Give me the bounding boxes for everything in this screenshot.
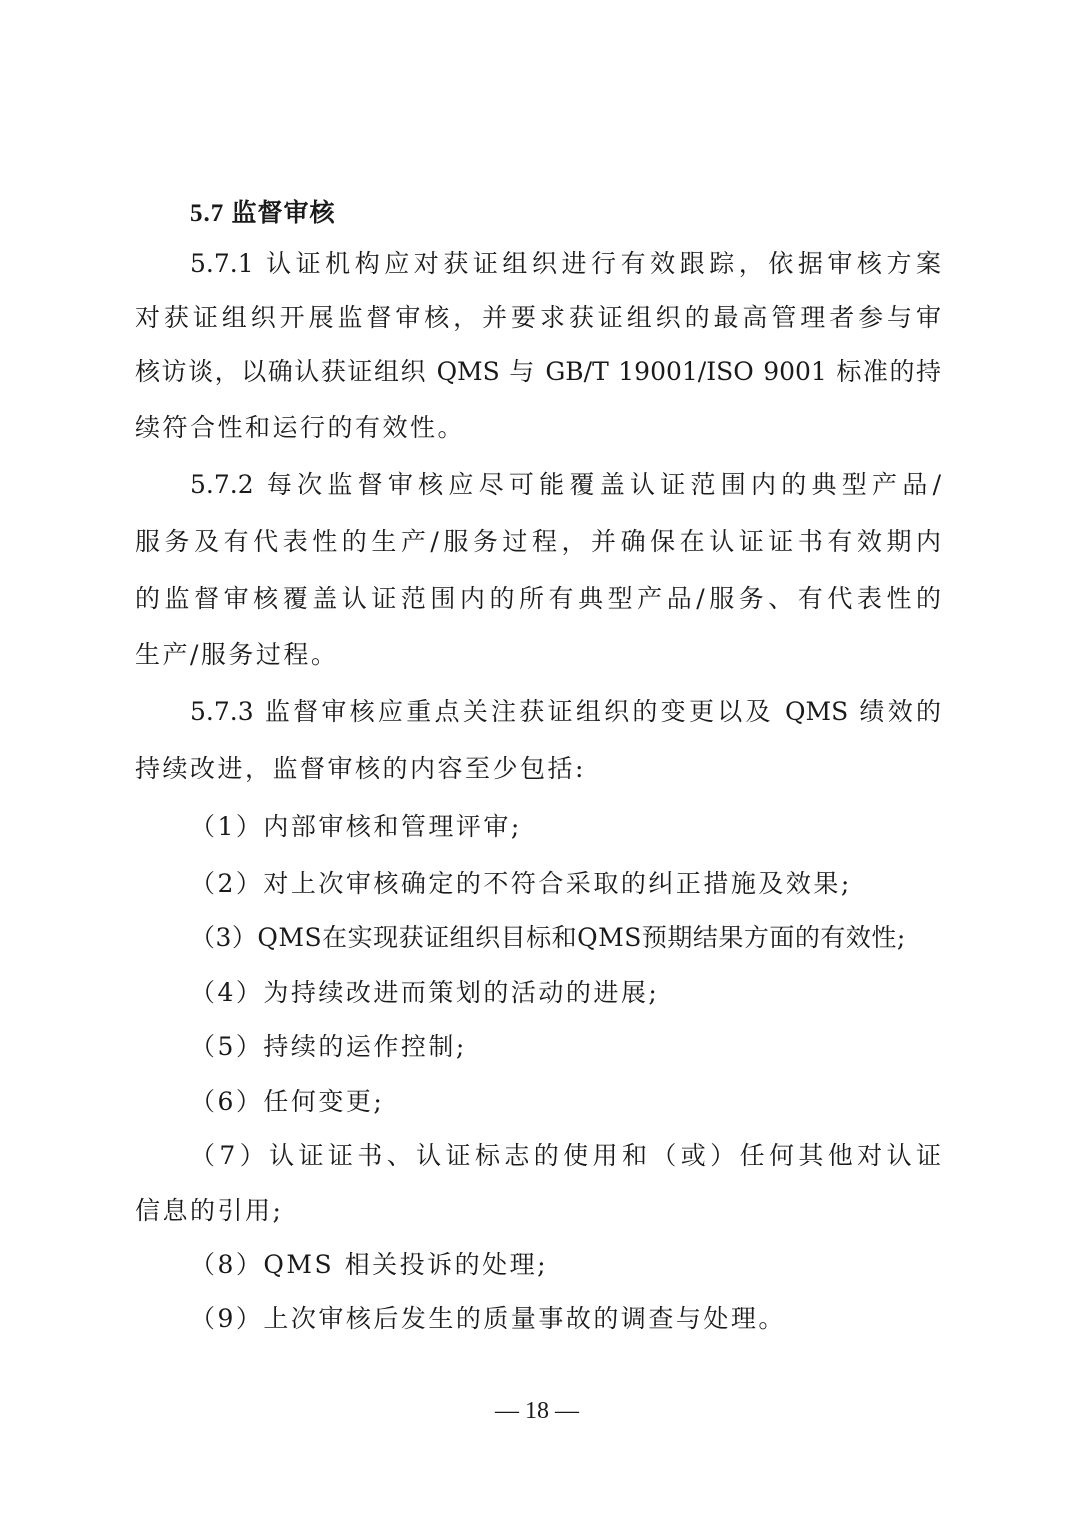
paragraph-5-7-2-line-4: 生产/服务过程。 — [135, 628, 338, 682]
page-number: — 18 — — [0, 1398, 1074, 1425]
list-item-6: （6）任何变更; — [190, 1075, 384, 1129]
list-item-5: （5）持续的运作控制; — [190, 1020, 467, 1074]
list-item-8: （8）QMS 相关投诉的处理; — [190, 1238, 548, 1292]
paragraph-5-7-1-line-4: 续符合性和运行的有效性。 — [135, 401, 465, 455]
paragraph-5-7-2-line-2: 服务及有代表性的生产/服务过程，并确保在认证证书有效期内 — [135, 515, 941, 569]
paragraph-5-7-3-line-1: 5.7.3 监督审核应重点关注获证组织的变更以及 QMS 绩效的 — [190, 685, 941, 739]
section-heading: 5.7 监督审核 — [190, 193, 336, 229]
paragraph-5-7-1-line-2: 对获证组织开展监督审核，并要求获证组织的最高管理者参与审 — [135, 291, 941, 345]
list-item-7-line-1: （7）认证证书、认证标志的使用和（或）任何其他对认证 — [190, 1129, 941, 1183]
list-item-2: （2）对上次审核确定的不符合采取的纠正措施及效果; — [190, 857, 852, 911]
list-item-1: （1）内部审核和管理评审; — [190, 800, 522, 854]
list-item-9: （9）上次审核后发生的质量事故的调查与处理。 — [190, 1292, 786, 1346]
paragraph-5-7-1-line-3: 核访谈，以确认获证组织 QMS 与 GB/T 19001/ISO 9001 标准… — [135, 345, 941, 399]
paragraph-5-7-2-line-3: 的监督审核覆盖认证范围内的所有典型产品/服务、有代表性的 — [135, 572, 941, 626]
paragraph-5-7-2-line-1: 5.7.2 每次监督审核应尽可能覆盖认证范围内的典型产品/ — [190, 458, 941, 512]
list-item-4: （4）为持续改进而策划的活动的进展; — [190, 966, 659, 1020]
list-item-7-line-2: 信息的引用; — [135, 1184, 283, 1238]
list-item-3: （3）QMS在实现获证组织目标和QMS预期结果方面的有效性; — [190, 911, 906, 965]
paragraph-5-7-3-line-2: 持续改进，监督审核的内容至少包括: — [135, 742, 586, 796]
paragraph-5-7-1-line-1: 5.7.1 认证机构应对获证组织进行有效跟踪，依据审核方案 — [190, 237, 941, 291]
